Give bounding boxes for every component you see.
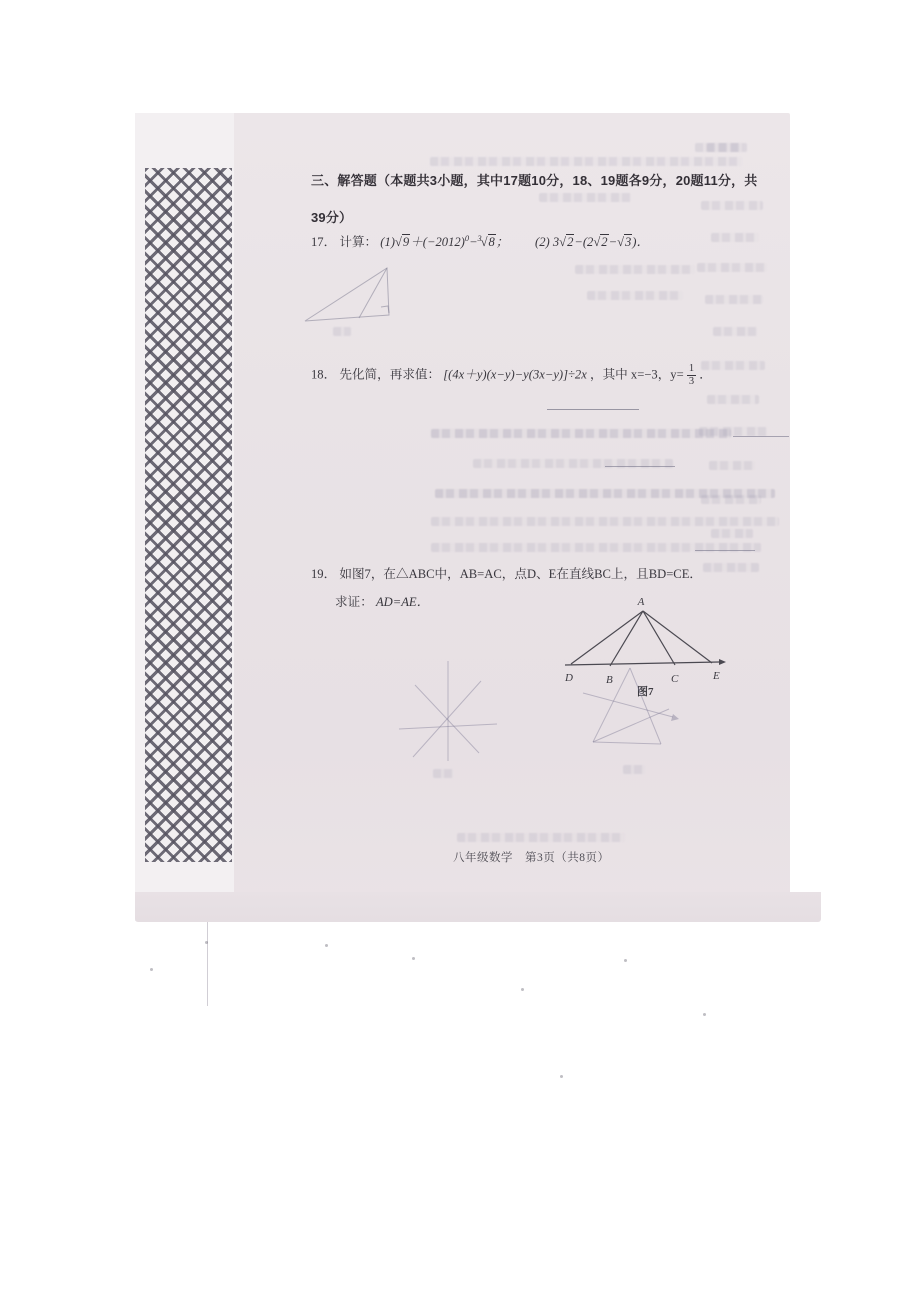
show-through-line <box>703 563 759 572</box>
figure-7-label-D: D <box>564 672 573 684</box>
show-through-triangle-sketch <box>297 255 407 341</box>
scan-speckle <box>205 941 208 944</box>
problem-17-part1: (1)√9＋(−2012)0−3√8； <box>380 235 508 249</box>
page-footer: 八年级数学 第3页（共8页） <box>453 849 610 865</box>
scan-speckle <box>412 957 415 960</box>
show-through-line <box>587 291 683 300</box>
problem-19-line2: 求证： AD=AE． <box>335 591 429 610</box>
show-through-line <box>431 517 779 526</box>
paper-sheet: 三、解答题（本题共3小题，其中17题10分，18、19题各9分，20题11分，共… <box>135 113 790 921</box>
left-margin-band <box>135 113 234 921</box>
show-through-line <box>701 201 763 210</box>
scan-speckle <box>560 1075 563 1078</box>
show-through-underline <box>605 466 675 467</box>
scan-speckle <box>521 988 524 991</box>
show-through-line <box>697 263 767 272</box>
show-through-line <box>707 395 759 404</box>
problem-19-number: 19． <box>311 567 336 581</box>
scan-crease <box>207 922 208 1006</box>
problem-19-prove-label: 求证： <box>335 595 373 609</box>
show-through-star-sketch <box>573 659 715 781</box>
show-through-line <box>575 265 695 274</box>
show-through-axes-sketch <box>397 653 499 775</box>
problem-18: 18． 先化简，再求值： [(4x＋y)(x−y)−y(3x−y)]÷2x ，其… <box>311 363 712 387</box>
show-through-line <box>699 427 767 436</box>
show-through-line <box>711 233 759 242</box>
diamond-lattice-pattern <box>145 168 232 862</box>
show-through-line <box>713 327 757 336</box>
figure-7-lines <box>565 611 719 666</box>
scan-speckle <box>325 944 328 947</box>
problem-18-condition: ，其中 x=−3，y= <box>590 367 684 381</box>
paper-bottom-edge <box>135 892 821 922</box>
fraction-one-third: 13 <box>687 363 696 387</box>
show-through-line <box>709 461 755 470</box>
show-through-underline <box>733 436 789 437</box>
show-through-line <box>705 295 763 304</box>
section-header-line2: 39分） <box>311 207 352 226</box>
scan-speckle <box>703 1013 706 1016</box>
show-through-line <box>701 361 765 370</box>
scan-speckle <box>624 959 627 962</box>
problem-17-lead: 计算： <box>339 235 377 249</box>
show-through-line <box>711 529 753 538</box>
show-through-line <box>701 495 761 504</box>
show-through-line <box>457 833 625 842</box>
problem-18-lead: 先化简，再求值： <box>339 367 440 381</box>
arrowhead-icon <box>719 659 726 665</box>
problem-18-number: 18． <box>311 367 336 381</box>
show-through-caption <box>433 769 453 778</box>
show-through-underline <box>695 550 755 551</box>
scanned-exam-page: 三、解答题（本题共3小题，其中17题10分，18、19题各9分，20题11分，共… <box>0 0 920 1300</box>
show-through-line <box>707 143 747 152</box>
show-through-line <box>430 157 742 166</box>
section-header-line1: 三、解答题（本题共3小题，其中17题10分，18、19题各9分，20题11分，共 <box>311 170 758 189</box>
problem-17: 17． 计算： (1)√9＋(−2012)0−3√8； <box>311 231 508 250</box>
problem-18-expression: [(4x＋y)(x−y)−y(3x−y)]÷2x <box>443 367 587 381</box>
show-through-caption <box>333 327 351 336</box>
show-through-caption <box>623 765 645 774</box>
show-through-line <box>431 429 731 438</box>
show-through-underline <box>547 409 639 410</box>
show-through-line <box>539 193 631 202</box>
figure-7-label-A: A <box>637 596 645 608</box>
arrowhead-icon <box>671 714 679 721</box>
problem-17-number: 17． <box>311 235 336 249</box>
problem-19-line1: 19． 如图7，在△ABC中，AB=AC，点D、E在直线BC上，且BD=CE． <box>311 563 702 582</box>
scan-speckle <box>150 968 153 971</box>
problem-17-part2: (2) 3√2−(2√2−√3)． <box>535 231 649 250</box>
